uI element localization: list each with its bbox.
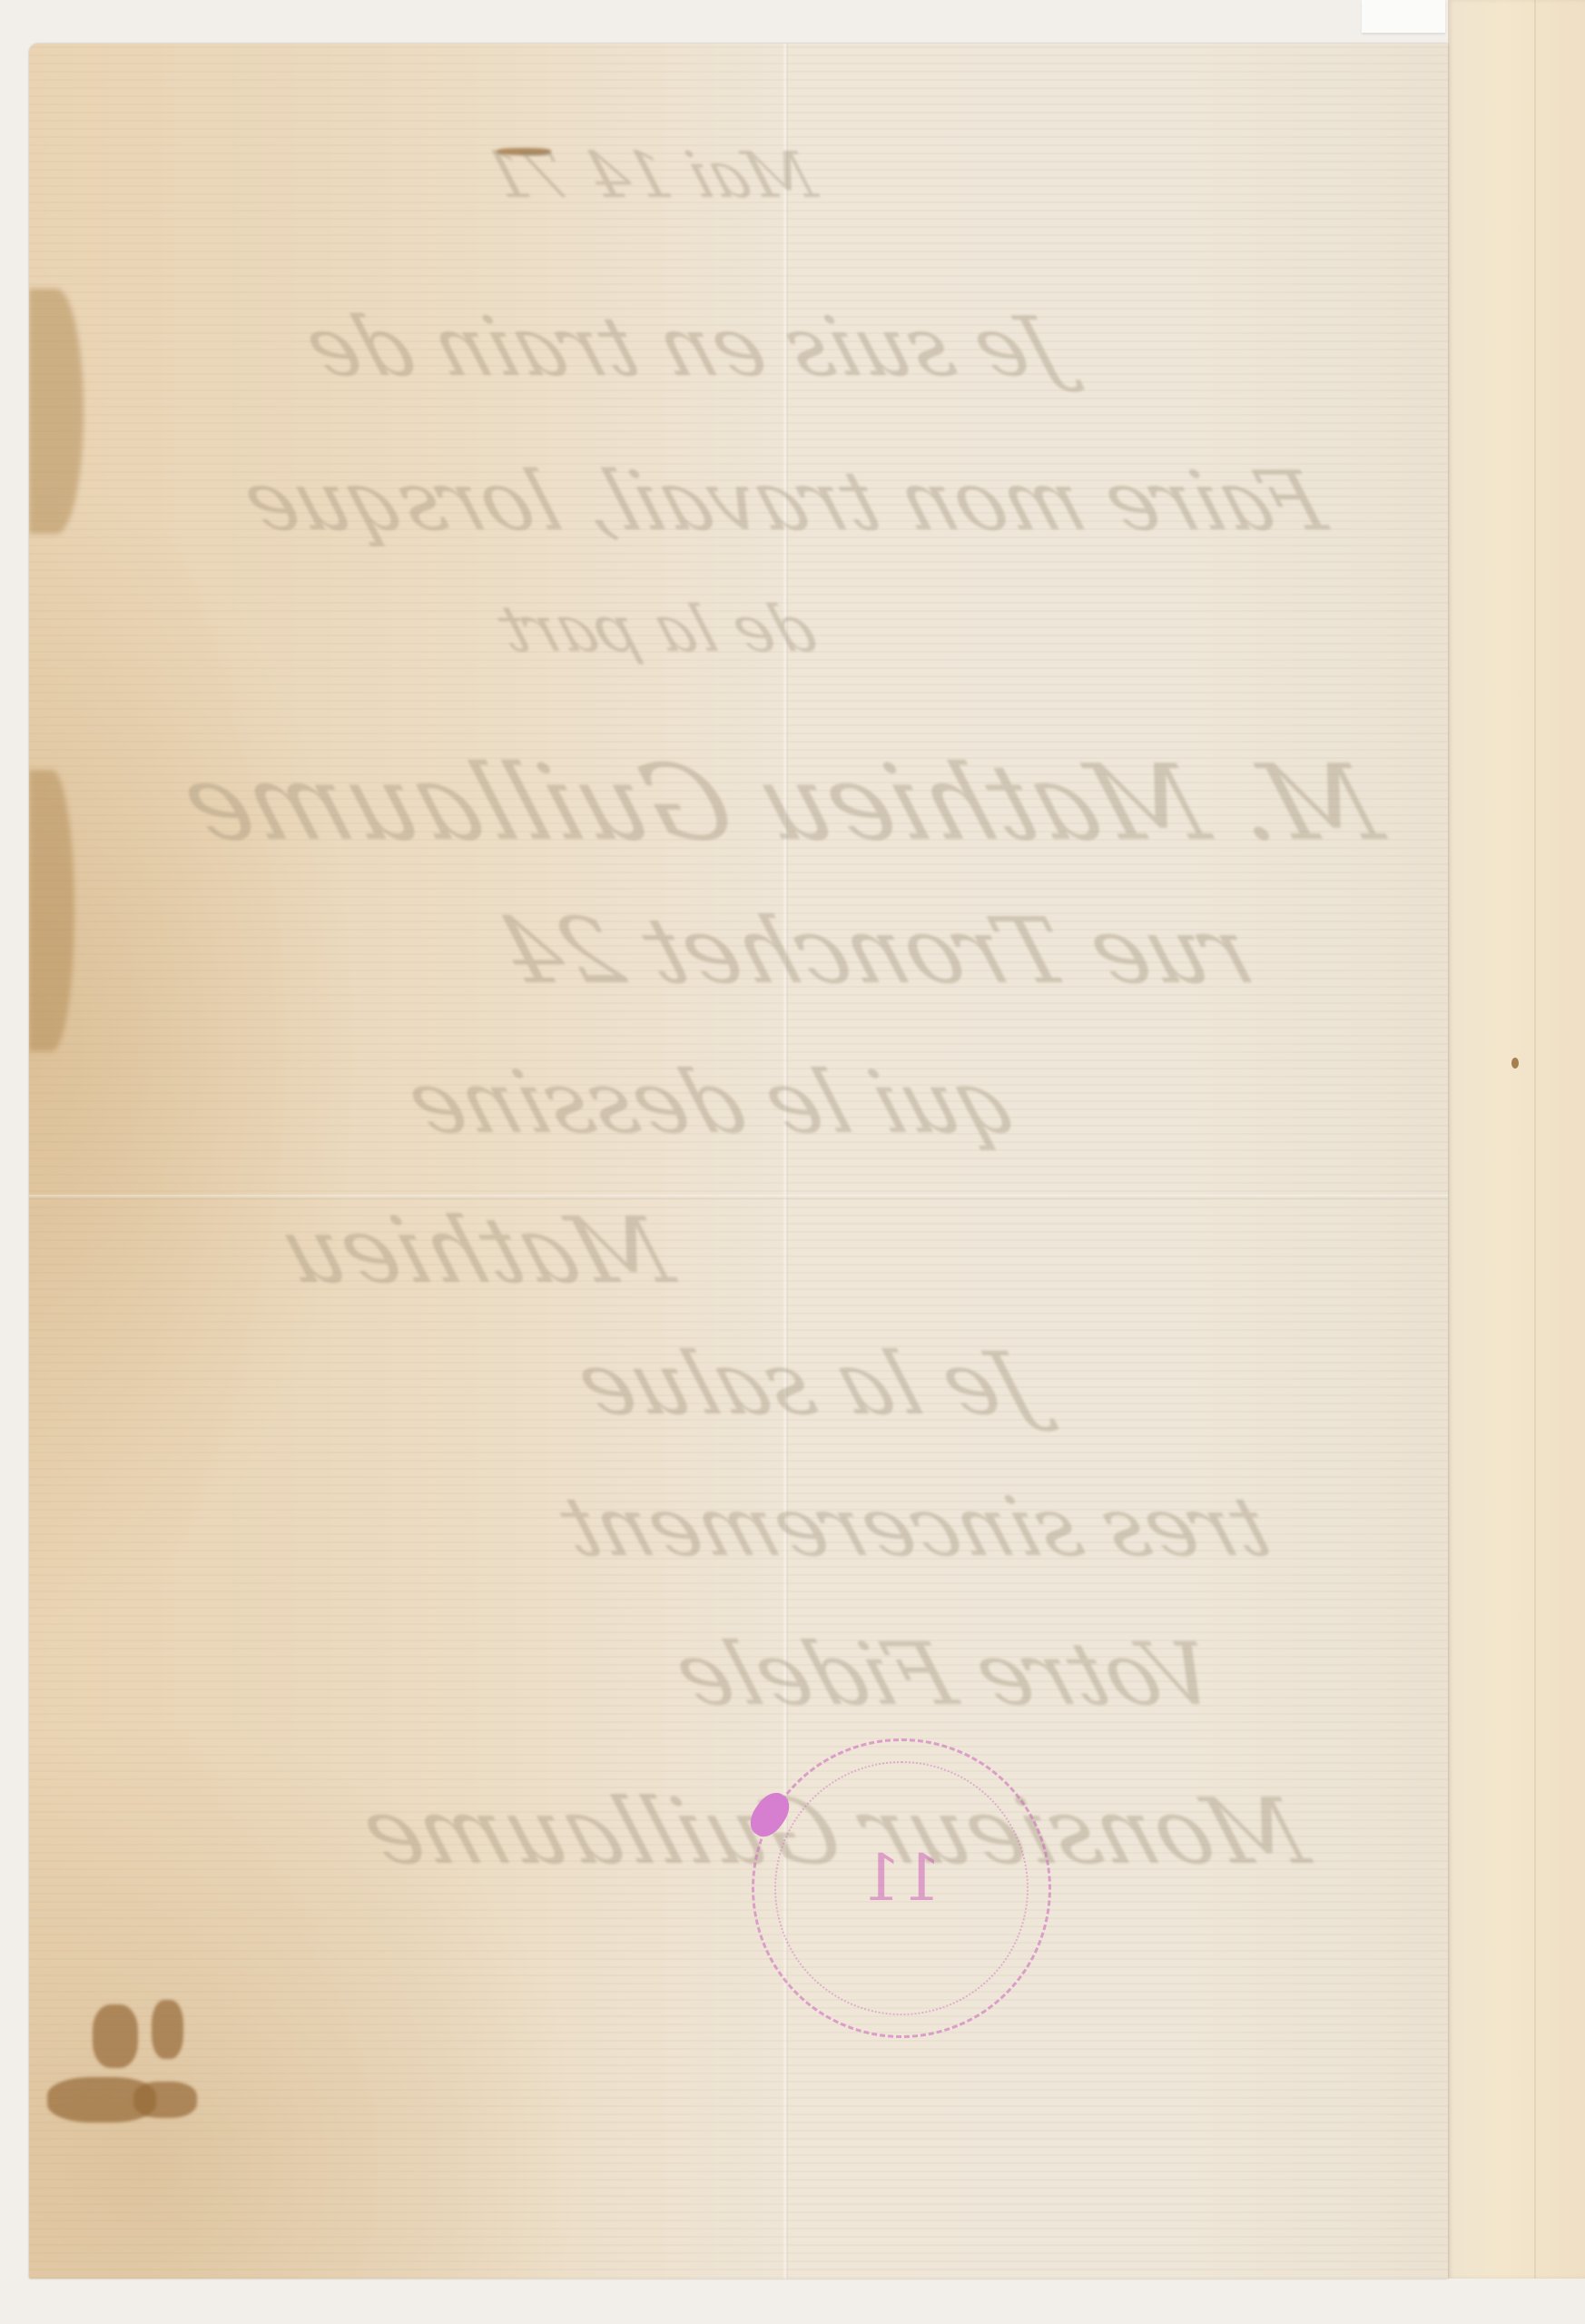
adjacent-page-strip bbox=[1448, 0, 1585, 2279]
bleed-line: Mai 14 71 bbox=[477, 143, 822, 207]
bleed-through-handwriting: Mai 14 71 Je suis en train de Faire mon … bbox=[29, 44, 1448, 2279]
stamp-number: 11 bbox=[754, 1841, 1048, 1915]
bleed-line: tres sincerement bbox=[552, 1487, 1280, 1569]
page-crease bbox=[1534, 0, 1536, 2279]
letter-sheet: Mai 14 71 Je suis en train de Faire mon … bbox=[29, 44, 1448, 2279]
bleed-line: Votre Fidele bbox=[665, 1632, 1226, 1718]
bleed-line: Faire mon travail, lorsque bbox=[233, 461, 1334, 543]
bleed-line: de la part bbox=[491, 597, 823, 661]
bleed-line: M. Mathieu Guillaume bbox=[170, 752, 1392, 856]
ink-speck bbox=[1511, 1058, 1519, 1068]
library-stamp: 11 bbox=[752, 1738, 1051, 2038]
bleed-line: Mathieu bbox=[270, 1206, 683, 1296]
scan-edge-white-tab bbox=[1362, 0, 1445, 33]
bleed-line: qui le dessine bbox=[398, 1060, 1027, 1147]
bleed-line: Je suis en train de bbox=[296, 307, 1071, 389]
bleed-line: rue Tronchet 24 bbox=[488, 906, 1264, 997]
bleed-line: Je la salue bbox=[567, 1342, 1045, 1428]
